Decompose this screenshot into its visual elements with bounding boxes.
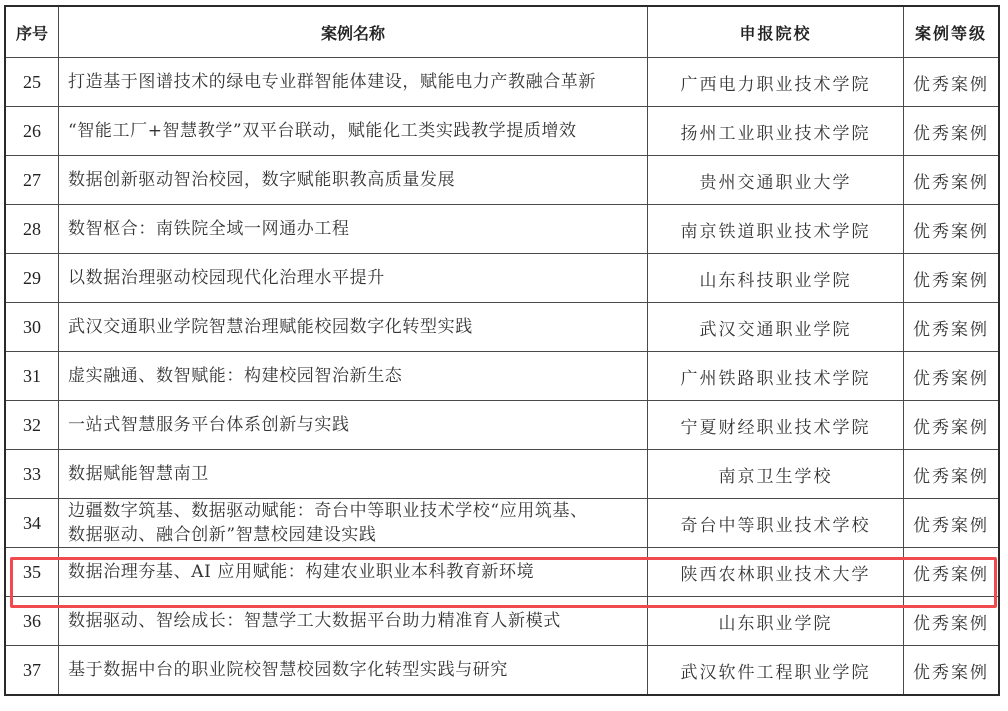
cell-no: 25 [5, 58, 59, 107]
table-row: 28 数智枢合：南铁院全域一网通办工程 南京铁道职业技术学院 优秀案例 [5, 205, 999, 254]
cell-grade: 优秀案例 [904, 58, 1000, 107]
cell-grade: 优秀案例 [904, 401, 1000, 450]
cell-grade: 优秀案例 [904, 156, 1000, 205]
table-row: 30 武汉交通职业学院智慧治理赋能校园数字化转型实践 武汉交通职业学院 优秀案例 [5, 303, 999, 352]
case-list-table: 序号 案例名称 申报院校 案例等级 25 打造基于图谱技术的绿电专业群智能体建设… [4, 5, 1000, 696]
cell-school: 南京铁道职业技术学院 [648, 205, 904, 254]
cell-no: 37 [5, 646, 59, 696]
case-name-text: 基于数据中台的职业院校智慧校园数字化转型实践与研究 [59, 658, 647, 682]
case-name-text: 一站式智慧服务平台体系创新与实践 [59, 413, 647, 437]
cell-school: 贵州交通职业大学 [648, 156, 904, 205]
cell-school: 宁夏财经职业技术学院 [648, 401, 904, 450]
cell-case-name: 以数据治理驱动校园现代化治理水平提升 [59, 254, 648, 303]
cell-case-name: 数据治理夯基、AI 应用赋能：构建农业职业本科教育新环境 [59, 548, 648, 597]
table-row: 29 以数据治理驱动校园现代化治理水平提升 山东科技职业学院 优秀案例 [5, 254, 999, 303]
cell-case-name: 边疆数字筑基、数据驱动赋能：奇台中等职业技术学校“应用筑基、 数据驱动、融合创新… [59, 499, 648, 548]
cell-case-name: 数智枢合：南铁院全域一网通办工程 [59, 205, 648, 254]
cell-school: 南京卫生学校 [648, 450, 904, 499]
header-grade: 案例等级 [904, 6, 1000, 58]
case-name-text: 虚实融通、数智赋能：构建校园智治新生态 [59, 364, 647, 388]
cell-grade: 优秀案例 [904, 548, 1000, 597]
header-school: 申报院校 [648, 6, 904, 58]
case-name-text-line1: 边疆数字筑基、数据驱动赋能：奇台中等职业技术学校“应用筑基、 [59, 499, 647, 523]
case-name-text: 数据创新驱动智治校园，数字赋能职教高质量发展 [59, 168, 647, 192]
cell-grade: 优秀案例 [904, 450, 1000, 499]
cell-no: 28 [5, 205, 59, 254]
cell-no: 36 [5, 597, 59, 646]
cell-no: 35 [5, 548, 59, 597]
cell-grade: 优秀案例 [904, 205, 1000, 254]
cell-school: 武汉交通职业学院 [648, 303, 904, 352]
table-row: 25 打造基于图谱技术的绿电专业群智能体建设，赋能电力产教融合革新 广西电力职业… [5, 58, 999, 107]
cell-school: 山东科技职业学院 [648, 254, 904, 303]
case-name-text: 数据治理夯基、AI 应用赋能：构建农业职业本科教育新环境 [59, 560, 647, 584]
case-name-text: 以数据治理驱动校园现代化治理水平提升 [59, 266, 647, 290]
table-row: 36 数据驱动、智绘成长：智慧学工大数据平台助力精准育人新模式 山东职业学院 优… [5, 597, 999, 646]
table-header-row: 序号 案例名称 申报院校 案例等级 [5, 6, 999, 58]
table-row: 37 基于数据中台的职业院校智慧校园数字化转型实践与研究 武汉软件工程职业学院 … [5, 646, 999, 696]
cell-grade: 优秀案例 [904, 254, 1000, 303]
table-row: 31 虚实融通、数智赋能：构建校园智治新生态 广州铁路职业技术学院 优秀案例 [5, 352, 999, 401]
cell-no: 31 [5, 352, 59, 401]
cell-no: 32 [5, 401, 59, 450]
cell-no: 29 [5, 254, 59, 303]
cell-school: 武汉软件工程职业学院 [648, 646, 904, 696]
table-row: 26 “智能工厂+智慧教学”双平台联动，赋能化工类实践教学提质增效 扬州工业职业… [5, 107, 999, 156]
cell-grade: 优秀案例 [904, 352, 1000, 401]
table-row: 32 一站式智慧服务平台体系创新与实践 宁夏财经职业技术学院 优秀案例 [5, 401, 999, 450]
case-name-text: 打造基于图谱技术的绿电专业群智能体建设，赋能电力产教融合革新 [59, 70, 647, 94]
cell-no: 33 [5, 450, 59, 499]
cell-case-name: 基于数据中台的职业院校智慧校园数字化转型实践与研究 [59, 646, 648, 696]
cell-school: 广州铁路职业技术学院 [648, 352, 904, 401]
cell-grade: 优秀案例 [904, 303, 1000, 352]
cell-school: 广西电力职业技术学院 [648, 58, 904, 107]
cell-no: 30 [5, 303, 59, 352]
cell-case-name: 打造基于图谱技术的绿电专业群智能体建设，赋能电力产教融合革新 [59, 58, 648, 107]
cell-no: 26 [5, 107, 59, 156]
case-name-text: 数智枢合：南铁院全域一网通办工程 [59, 217, 647, 241]
cell-case-name: 一站式智慧服务平台体系创新与实践 [59, 401, 648, 450]
cell-case-name: 虚实融通、数智赋能：构建校园智治新生态 [59, 352, 648, 401]
cell-school: 扬州工业职业技术学院 [648, 107, 904, 156]
cell-case-name: 数据驱动、智绘成长：智慧学工大数据平台助力精准育人新模式 [59, 597, 648, 646]
case-name-text: “智能工厂+智慧教学”双平台联动，赋能化工类实践教学提质增效 [59, 119, 647, 143]
case-name-text: 数据驱动、智绘成长：智慧学工大数据平台助力精准育人新模式 [59, 609, 647, 633]
case-name-text: 武汉交通职业学院智慧治理赋能校园数字化转型实践 [59, 315, 647, 339]
cell-grade: 优秀案例 [904, 646, 1000, 696]
cell-school: 山东职业学院 [648, 597, 904, 646]
table-row: 34 边疆数字筑基、数据驱动赋能：奇台中等职业技术学校“应用筑基、 数据驱动、融… [5, 499, 999, 548]
table-row-highlighted: 35 数据治理夯基、AI 应用赋能：构建农业职业本科教育新环境 陕西农林职业技术… [5, 548, 999, 597]
cell-grade: 优秀案例 [904, 107, 1000, 156]
case-name-text: 数据赋能智慧南卫 [59, 462, 647, 486]
table-row: 33 数据赋能智慧南卫 南京卫生学校 优秀案例 [5, 450, 999, 499]
cell-grade: 优秀案例 [904, 499, 1000, 548]
cell-school: 陕西农林职业技术大学 [648, 548, 904, 597]
cell-case-name: 武汉交通职业学院智慧治理赋能校园数字化转型实践 [59, 303, 648, 352]
cell-grade: 优秀案例 [904, 597, 1000, 646]
header-no: 序号 [5, 6, 59, 58]
cell-no: 27 [5, 156, 59, 205]
table-row: 27 数据创新驱动智治校园，数字赋能职教高质量发展 贵州交通职业大学 优秀案例 [5, 156, 999, 205]
cell-case-name: 数据赋能智慧南卫 [59, 450, 648, 499]
cell-case-name: 数据创新驱动智治校园，数字赋能职教高质量发展 [59, 156, 648, 205]
case-name-text-line2: 数据驱动、融合创新”智慧校园建设实践 [59, 523, 647, 547]
header-case-name: 案例名称 [59, 6, 648, 58]
cell-case-name: “智能工厂+智慧教学”双平台联动，赋能化工类实践教学提质增效 [59, 107, 648, 156]
cell-no: 34 [5, 499, 59, 548]
cell-school: 奇台中等职业技术学校 [648, 499, 904, 548]
